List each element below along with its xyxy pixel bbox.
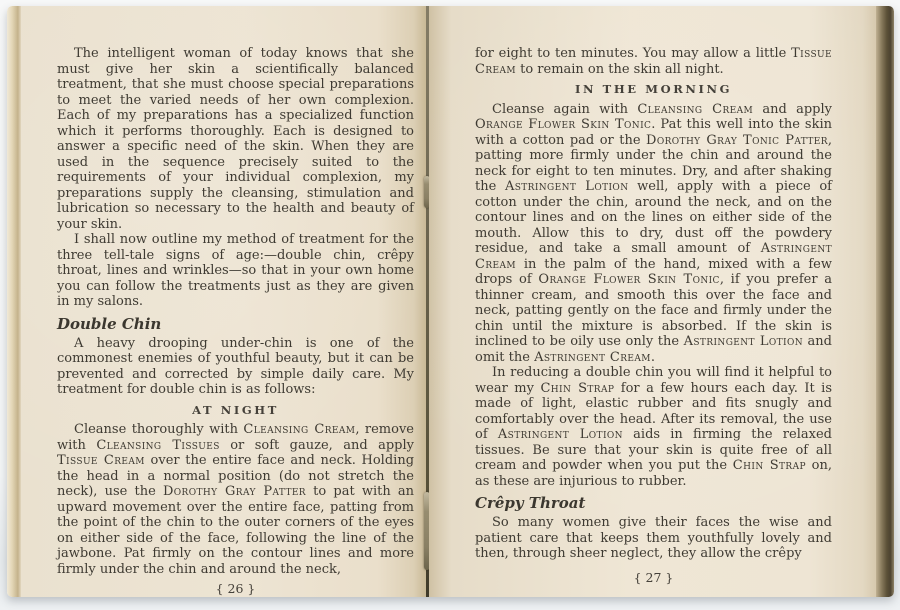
page-27: for eight to ten minutes. You may allow …: [429, 6, 876, 597]
body-text: I shall now outline my method of treatme…: [57, 232, 414, 309]
product-name: Astringent Cream: [534, 350, 651, 365]
time-of-day-heading: AT NIGHT: [57, 403, 414, 419]
body-text: to remain on the skin all night.: [516, 62, 724, 77]
open-booklet: The intelligent woman of today knows tha…: [7, 6, 894, 597]
body-text: .: [651, 350, 655, 365]
page-27-text: for eight to ten minutes. You may allow …: [475, 46, 832, 562]
product-name: Chin Strap: [733, 458, 806, 473]
paragraph: Cleanse again with Cleansing Cream and a…: [475, 102, 832, 366]
right-page-edges: [876, 6, 894, 597]
paragraph: In reducing a double chin you will find …: [475, 365, 832, 489]
product-name: Tissue Cream: [57, 453, 145, 468]
paragraph: The intelligent woman of today knows tha…: [57, 46, 414, 232]
section-heading: Crêpy Throat: [475, 495, 832, 512]
body-text: or soft gauze, and apply: [220, 438, 414, 453]
page-26-text: The intelligent woman of today knows tha…: [57, 46, 414, 577]
product-name: Cleansing Cream: [243, 422, 355, 437]
section-heading: Double Chin: [57, 316, 414, 333]
time-of-day-heading: IN THE MORNING: [475, 82, 832, 98]
body-text: Cleanse thoroughly with: [74, 422, 243, 437]
product-name: Orange Flower Skin Tonic: [475, 117, 651, 132]
body-text: The intelligent woman of today knows tha…: [57, 46, 414, 232]
body-text: Cleanse again with: [492, 102, 637, 117]
paragraph: for eight to ten minutes. You may allow …: [475, 46, 832, 77]
left-page-edges: [7, 6, 21, 597]
page-26: The intelligent woman of today knows tha…: [21, 6, 426, 597]
paragraph: So many women give their faces the wise …: [475, 515, 832, 562]
photo-background: The intelligent woman of today knows tha…: [0, 0, 900, 610]
paragraph: Cleanse thoroughly with Cleansing Cream,…: [57, 422, 414, 577]
page-number-left: { 26 }: [57, 577, 414, 597]
product-name: Orange Flower Skin Tonic: [538, 272, 719, 287]
page-number-right: { 27 }: [475, 566, 832, 588]
product-name: Astringent Lotion: [505, 179, 629, 194]
body-text: A heavy drooping under-chin is one of th…: [57, 336, 414, 398]
product-name: Chin Strap: [540, 381, 614, 396]
product-name: Cleansing Cream: [637, 102, 753, 117]
product-name: Astringent Lotion: [498, 427, 623, 442]
body-text: for eight to ten minutes. You may allow …: [475, 46, 791, 61]
paragraph: I shall now outline my method of treatme…: [57, 232, 414, 310]
product-name: Astringent Lotion: [684, 334, 803, 349]
product-name: Dorothy Gray Tonic Patter: [646, 133, 828, 148]
body-text: So many women give their faces the wise …: [475, 515, 832, 561]
body-text: and apply: [753, 102, 832, 117]
product-name: Cleansing Tissues: [96, 438, 219, 453]
product-name: Dorothy Gray Patter: [163, 484, 306, 499]
paragraph: A heavy drooping under-chin is one of th…: [57, 336, 414, 398]
